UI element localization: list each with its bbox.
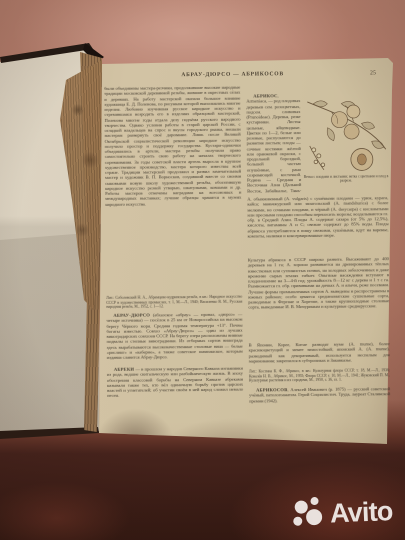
entry-abrikos: АБРИКОС, Armeniaca, — род плодовых дерев… (246, 93, 301, 194)
avito-watermark-text: Avito (329, 496, 393, 529)
left-column-bibliography: Лит.: Соболевский Н. А., Абрамцево-кудри… (106, 295, 242, 311)
page-number: 25 (370, 70, 376, 76)
right-column-species: А. обыкновенный (A. vulgaris) с сушёными… (247, 195, 389, 255)
right-column-japan: В Японии, Корее, Китае разводят муме (A.… (249, 341, 390, 367)
left-column-continuation: были объединены мастера-резчики, продолж… (104, 85, 242, 294)
entry-abreki: АБРЕКИ — в прошлом у народов Северного К… (107, 366, 243, 409)
entry-text: (абхазское «абрау» — провал, «дюрсо» — ч… (106, 312, 242, 360)
photo-of-book-listing: АБРАУ-ДЮРСО — АБРИКОСОВ 25 были объедине… (0, 0, 405, 540)
entry-abrikosov: АБРИКОСОВ, Алексей Иванович (р. 1875) — … (249, 386, 390, 403)
right-column-culture: Культура абрикоса в СССР широко развита.… (248, 256, 390, 340)
avito-logo-icon (291, 497, 326, 532)
avito-watermark: Avito (291, 494, 393, 532)
entry-text: , Armeniaca, — род плодовых деревьев сем… (246, 93, 301, 193)
illustration-caption: Ветка с плодами и листьями; ветка с цвет… (300, 174, 392, 183)
right-column-bibliography: Лит.: Костина К. Ф., Абрикос, в кн.: Кул… (249, 368, 390, 385)
running-head: АБРАУ-ДЮРСО — АБРИКОСОВ (150, 71, 315, 79)
page-content: АБРАУ-ДЮРСО — АБРИКОСОВ 25 были объедине… (0, 0, 405, 540)
entry-abrau-dyurso: АБРАУ-ДЮРСО (абхазское «абрау» — провал,… (106, 312, 242, 365)
apricot-branch-illustration (301, 97, 394, 174)
